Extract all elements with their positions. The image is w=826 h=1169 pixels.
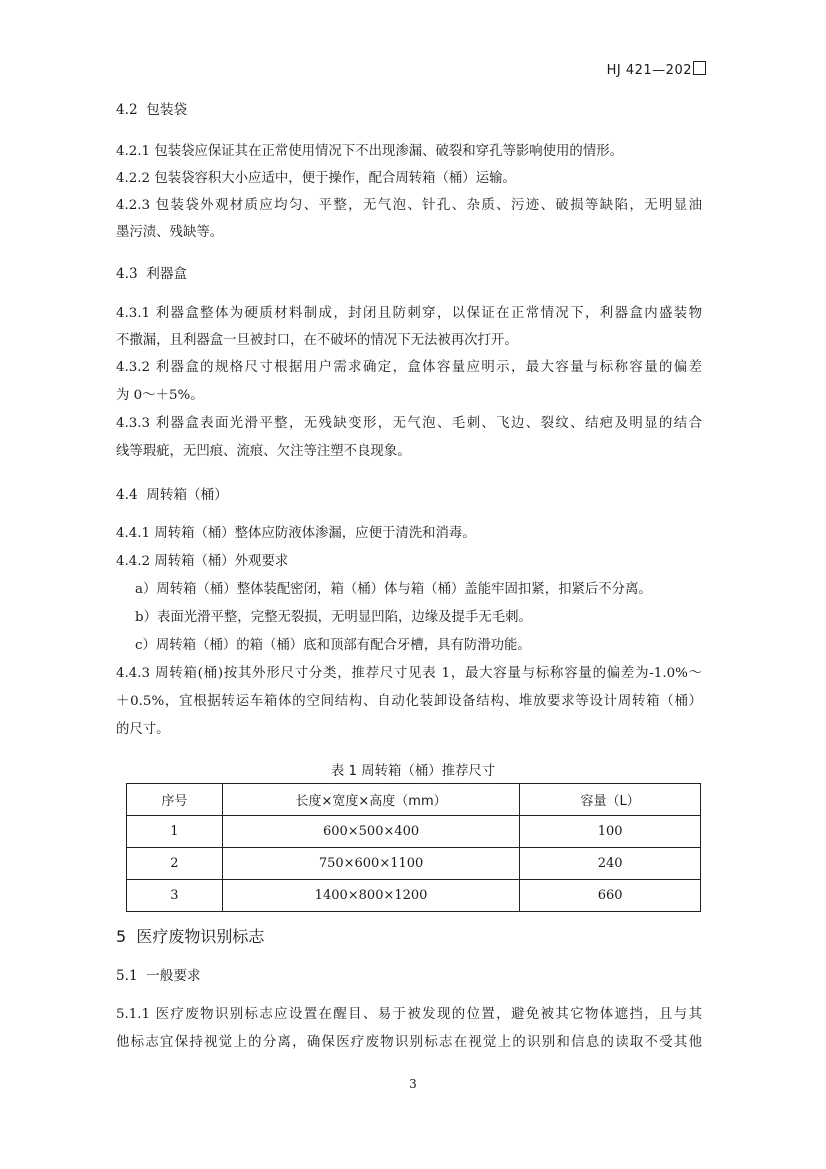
list-item-a: a）周转箱（桶）整体装配密闭，箱（桶）体与箱（桶）盖能牢固扣紧，扣紧后不分离。 — [135, 582, 652, 598]
section-heading-4-3: 4.3 利器盒 — [116, 266, 187, 282]
cell-dimensions: 1400×800×1200 — [222, 880, 520, 912]
paragraph-4-2-3-line-1: 4.2.3 包装袋外观材质应均匀、平整，无气泡、针孔、杂质、污迹、破损等缺陷，无… — [116, 198, 702, 214]
standard-code: HJ 421—202 — [607, 63, 692, 78]
chapter-heading-5: 5 医疗废物识别标志 — [116, 929, 264, 945]
column-header-dimensions: 长度×宽度×高度（mm） — [222, 784, 520, 816]
paragraph-4-4-3-line-1: 4.4.3 周转箱(桶)按其外形尺寸分类，推荐尺寸见表 1，最大容量与标称容量的… — [116, 666, 702, 682]
page-number: 3 — [0, 1077, 826, 1091]
paragraph-4-4-3-line-2: ＋0.5%，宜根据转运车箱体的空间结构、自动化装卸设备结构、堆放要求等设计周转箱… — [116, 694, 702, 710]
section-heading-4-2: 4.2 包装袋 — [116, 102, 187, 118]
cell-dimensions: 750×600×1100 — [222, 848, 520, 880]
paragraph-4-3-3-line-2: 线等瑕疵，无凹痕、流痕、欠注等注塑不良现象。 — [116, 444, 411, 460]
cell-dimensions: 600×500×400 — [222, 816, 520, 848]
paragraph-4-2-1: 4.2.1 包装袋应保证其在正常使用情况下不出现渗漏、破裂和穿孔等影响使用的情形… — [116, 144, 623, 160]
paragraph-4-3-2-line-2: 为 0～＋5%。 — [116, 388, 204, 404]
column-header-index: 序号 — [127, 784, 223, 816]
paragraph-4-3-3-line-1: 4.3.3 利器盒表面光滑平整，无残缺变形，无气泡、毛刺、飞边、裂纹、结疤及明显… — [116, 416, 702, 432]
section-heading-4-4: 4.4 周转箱（桶） — [116, 487, 228, 503]
cell-capacity: 660 — [520, 880, 701, 912]
standard-code-header: HJ 421—202 — [607, 61, 706, 78]
column-header-capacity: 容量（L） — [520, 784, 701, 816]
cell-capacity: 100 — [520, 816, 701, 848]
paragraph-4-4-2: 4.4.2 周转箱（桶）外观要求 — [116, 554, 288, 570]
cell-capacity: 240 — [520, 848, 701, 880]
table-row: 3 1400×800×1200 660 — [127, 880, 701, 912]
placeholder-box-icon — [693, 61, 706, 75]
document-page: HJ 421—202 4.2 包装袋 4.2.1 包装袋应保证其在正常使用情况下… — [0, 0, 826, 1169]
table-row: 1 600×500×400 100 — [127, 816, 701, 848]
cell-index: 3 — [127, 880, 223, 912]
list-item-b: b）表面光滑平整，完整无裂损，无明显凹陷，边缘及提手无毛刺。 — [135, 610, 532, 626]
cell-index: 1 — [127, 816, 223, 848]
paragraph-5-1-1-line-1: 5.1.1 医疗废物识别标志应设置在醒目、易于被发现的位置，避免被其它物体遮挡，… — [116, 1007, 702, 1023]
paragraph-4-3-1-line-2: 不撒漏，且利器盒一旦被封口，在不破坏的情况下无法被再次打开。 — [116, 333, 518, 349]
recommended-size-table: 序号 长度×宽度×高度（mm） 容量（L） 1 600×500×400 100 … — [126, 783, 701, 912]
paragraph-4-4-3-line-3: 的尺寸。 — [116, 722, 170, 738]
paragraph-4-3-2-line-1: 4.3.2 利器盒的规格尺寸根据用户需求确定，盒体容量应明示，最大容量与标称容量… — [116, 360, 702, 376]
table-caption: 表 1 周转箱（桶）推荐尺寸 — [0, 760, 826, 779]
paragraph-4-4-1: 4.4.1 周转箱（桶）整体应防液体渗漏，应便于清洗和消毒。 — [116, 526, 476, 542]
table-header-row: 序号 长度×宽度×高度（mm） 容量（L） — [127, 784, 701, 816]
paragraph-4-3-1-line-1: 4.3.1 利器盒整体为硬质材料制成，封闭且防刺穿，以保证在正常情况下，利器盒内… — [116, 306, 702, 322]
table-row: 2 750×600×1100 240 — [127, 848, 701, 880]
paragraph-5-1-1-line-2: 他标志宜保持视觉上的分离，确保医疗废物识别标志在视觉上的识别和信息的读取不受其他 — [116, 1035, 702, 1051]
paragraph-4-2-3-line-2: 墨污渍、残缺等。 — [116, 225, 223, 241]
list-item-c: c）周转箱（桶）的箱（桶）底和顶部有配合牙槽，具有防滑功能。 — [135, 638, 531, 654]
paragraph-4-2-2: 4.2.2 包装袋容积大小应适中，便于操作，配合周转箱（桶）运输。 — [116, 171, 516, 187]
section-heading-5-1: 5.1 一般要求 — [116, 968, 201, 984]
cell-index: 2 — [127, 848, 223, 880]
